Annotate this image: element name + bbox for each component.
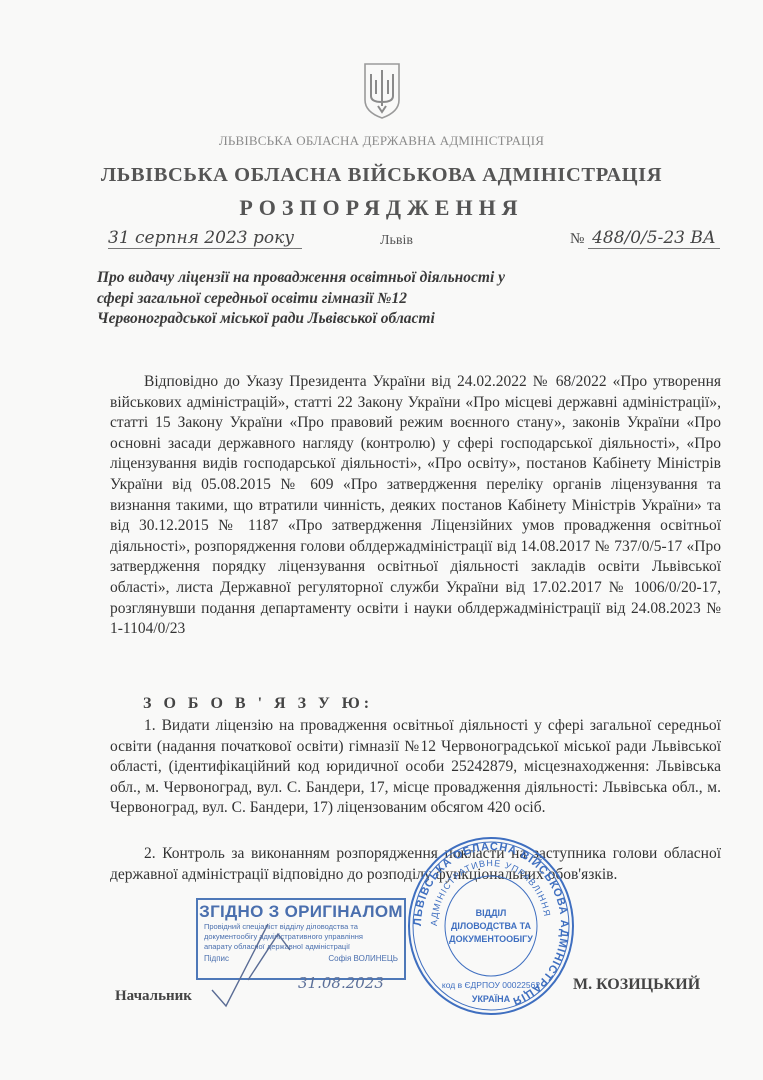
- document-number: № 488/0/5-23 ВА: [570, 228, 720, 248]
- handwritten-number: 488/0/5-23 ВА: [588, 228, 720, 249]
- stamp-country: УКРАЇНА: [472, 994, 511, 1004]
- number-prefix: №: [570, 231, 584, 247]
- stamp-center-line: ДІЛОВОДСТВА ТА: [451, 921, 532, 931]
- preamble-paragraph: Відповідно до Указу Президента України в…: [110, 372, 721, 640]
- preamble: Відповідно до Указу Президента України в…: [110, 372, 721, 640]
- stamp-title: ЗГІДНО З ОРИГІНАЛОМ: [198, 902, 404, 922]
- stamp-name: Софія ВОЛИНЕЦЬ: [328, 954, 398, 963]
- oblige-heading: З О Б О В ' Я З У Ю:: [143, 695, 373, 713]
- signature-scrawl-icon: [208, 920, 328, 1010]
- stamp-code: код в ЄДРПОУ 00022562: [442, 980, 540, 990]
- order-item-text: 1. Видати ліцензію на провадження освітн…: [110, 716, 721, 819]
- order-item-1: 1. Видати ліцензію на провадження освітн…: [110, 716, 721, 819]
- subject-heading: Про видачу ліцензії на провадження освіт…: [97, 268, 517, 330]
- document-page: ЛЬВІВСЬКА ОБЛАСНА ДЕРЖАВНА АДМІНІСТРАЦІЯ…: [0, 0, 763, 1080]
- document-type: РОЗПОРЯДЖЕННЯ: [0, 195, 763, 221]
- handwritten-date: 31 серпня 2023 року: [108, 228, 302, 249]
- former-org-name: ЛЬВІВСЬКА ОБЛАСНА ДЕРЖАВНА АДМІНІСТРАЦІЯ: [0, 133, 763, 149]
- org-name: ЛЬВІВСЬКА ОБЛАСНА ВІЙСЬКОВА АДМІНІСТРАЦІ…: [0, 164, 763, 187]
- stamp-center-line: ДОКУМЕНТООБІГУ: [449, 934, 533, 944]
- city: Львів: [380, 233, 413, 249]
- trident-coat-of-arms-icon: [362, 62, 402, 120]
- signatory-position: Начальник: [115, 988, 192, 1005]
- official-round-stamp: ЛЬВІВСЬКА ОБЛАСНА ВІЙСЬКОВА АДМІНІСТРАЦІ…: [405, 836, 577, 1016]
- stamp-center-line: ВІДДІЛ: [476, 908, 507, 918]
- signatory-name: М. КОЗИЦЬКИЙ: [573, 976, 700, 994]
